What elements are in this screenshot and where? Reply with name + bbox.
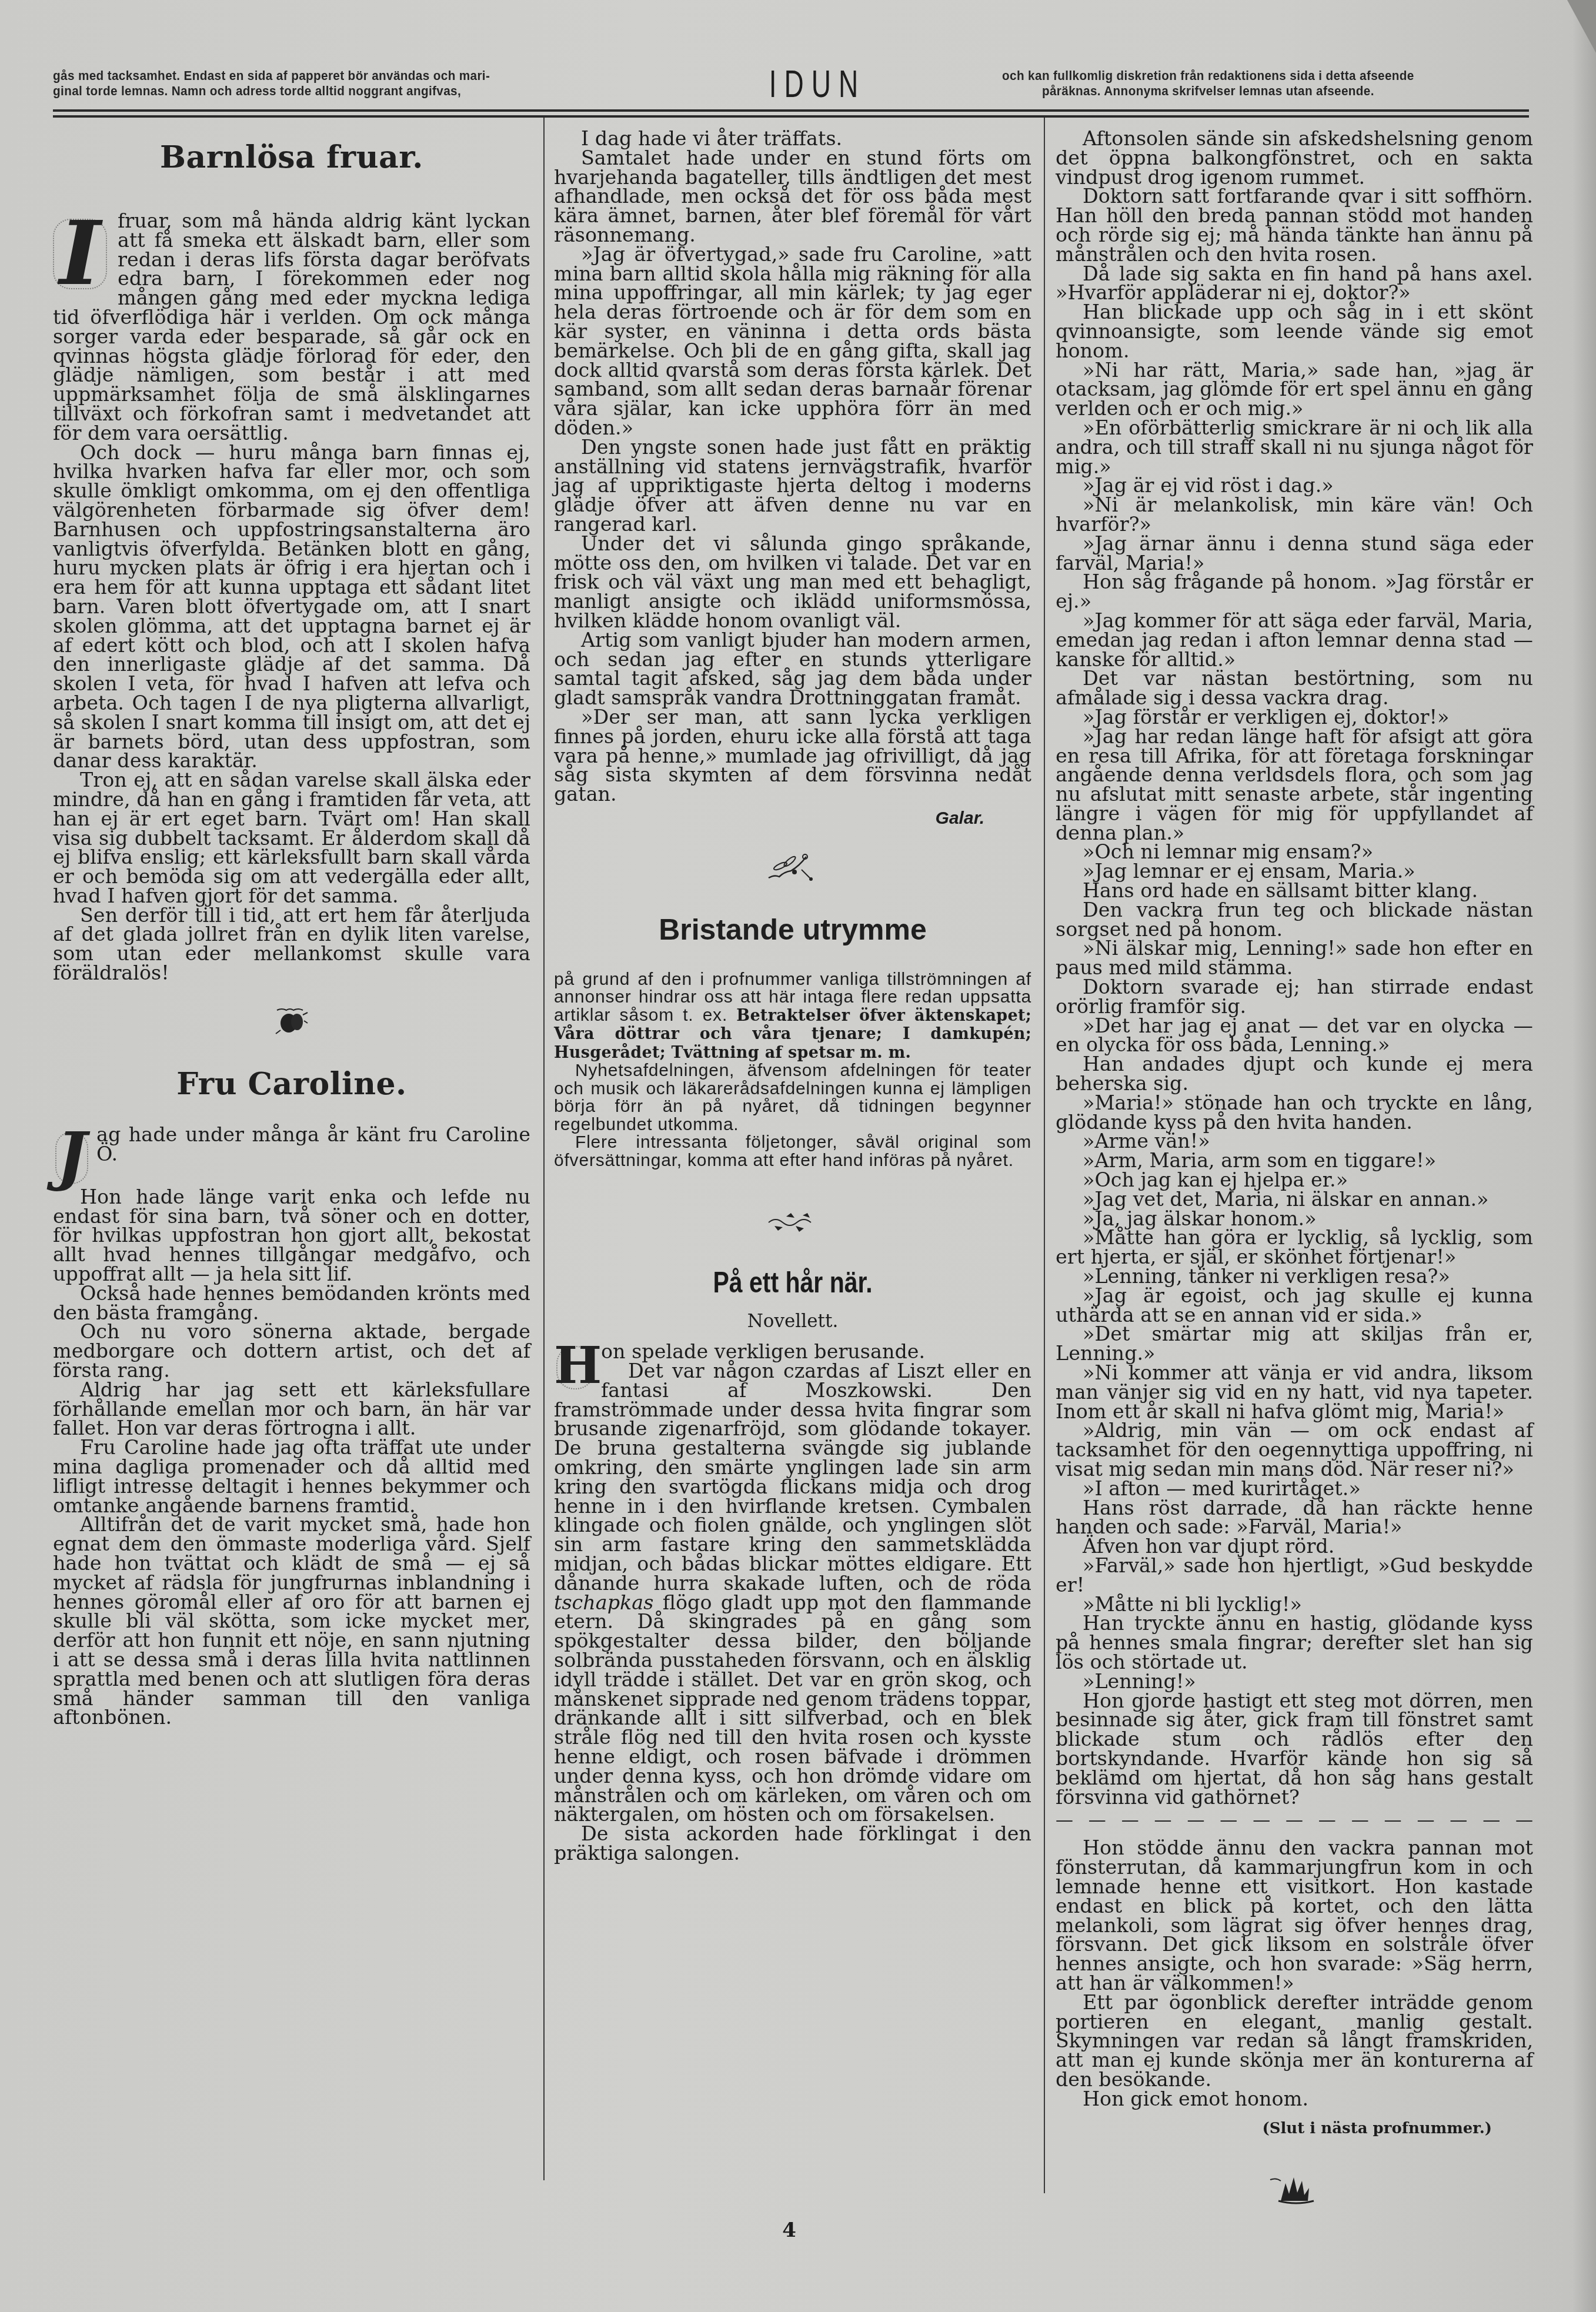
paragraph: Tron ej, att en sådan varelse skall älsk… bbox=[53, 771, 530, 906]
vine-ornament-icon bbox=[554, 1206, 1031, 1241]
paragraph: Sen derför till i tid, att ert hem får å… bbox=[53, 906, 530, 983]
paragraph: »Maria!» stönade han och tryckte en lång… bbox=[1056, 1094, 1533, 1132]
paragraph-text: fruar, som må hända aldrig känt lyckan a… bbox=[53, 209, 530, 445]
paragraph: »Lenning!» bbox=[1056, 1672, 1533, 1692]
ornate-initial-h-icon: H bbox=[554, 1342, 596, 1393]
column-1: Barnlösa fruar. I fruar, som må hända al… bbox=[53, 129, 530, 1728]
article-title-barnlosa-fruar: Barnlösa fruar. bbox=[53, 140, 530, 175]
paragraph: De sista ackorden hade förklingat i den … bbox=[554, 1825, 1031, 1863]
paragraph: Samtalet hade under en stund förts om hv… bbox=[554, 149, 1031, 245]
notice-paragraph: på grund af den i profnummer vanliga til… bbox=[554, 971, 1031, 1063]
paragraph: »Aldrig, min vän — om ock endast af tack… bbox=[1056, 1421, 1533, 1479]
story-first-line: H on spelade verkligen berusande. Det va… bbox=[554, 1342, 1031, 1825]
paragraph: Det var nästan bestörtning, som nu afmål… bbox=[1056, 669, 1533, 708]
paragraph: »Jag har redan länge haft för afsigt att… bbox=[1056, 727, 1533, 843]
paragraph: Aftonsolen sände sin afskedshelsning gen… bbox=[1056, 129, 1533, 187]
masthead-left-notice: gås med tacksamhet. Endast en sida af pa… bbox=[53, 68, 692, 99]
paragraph: Också hade hennes bemödanden krönts med … bbox=[53, 1284, 530, 1323]
leaf-ornament-icon bbox=[53, 1007, 530, 1043]
paragraph: »Jag är egoist, och jag skulle ej kunna … bbox=[1056, 1287, 1533, 1325]
paragraph: Artig som vanligt bjuder han modern arme… bbox=[554, 631, 1031, 708]
masthead-right-line-2: påräknas. Annonyma skrifvelser lemnas ut… bbox=[900, 83, 1517, 99]
paragraph: »Jag vet det, Maria, ni älskar en annan.… bbox=[1056, 1190, 1533, 1210]
paragraph: Alltifrån det de varit mycket små, hade … bbox=[53, 1515, 530, 1728]
paragraph: »En oförbätterlig smickrare är ni och li… bbox=[1056, 419, 1533, 476]
paragraph: »Ni är melankolisk, min käre vän! Och hv… bbox=[1056, 496, 1533, 534]
paragraph: Då lade sig sakta en fin hand på hans ax… bbox=[1056, 265, 1533, 303]
paragraph: »Lenning, tänker ni verkligen resa?» bbox=[1056, 1267, 1533, 1287]
paragraph: »Måtte han göra er lycklig, så lycklig, … bbox=[1056, 1228, 1533, 1267]
paragraph-text: ag hade under många år känt fru Caroline… bbox=[96, 1123, 530, 1165]
paragraph: »Ni har rätt, Maria,» sade han, »jag är … bbox=[1056, 361, 1533, 419]
paragraph: Under det vi sålunda gingo språkande, mö… bbox=[554, 534, 1031, 631]
paragraph: Han andades djupt och kunde ej mera behe… bbox=[1056, 1055, 1533, 1094]
header-rule-top bbox=[53, 109, 1529, 112]
paragraph: »Ni kommer att vänja er vid andra, likso… bbox=[1056, 1364, 1533, 1421]
section-separator-dashes: — — — — — — — — — — — — — — — bbox=[1056, 1810, 1533, 1830]
paragraph: Och dock — huru många barn finnas ej, hv… bbox=[53, 443, 530, 771]
page-number: 4 bbox=[777, 2219, 801, 2242]
paragraph: »Farväl,» sade hon hjertligt, »Gud besky… bbox=[1056, 1556, 1533, 1595]
paragraph: Han tryckte ännu en hastig, glödande kys… bbox=[1056, 1614, 1533, 1672]
paragraph-text: Det var någon czardas af Liszt eller en … bbox=[554, 1359, 1031, 1595]
paragraph: »Jag är öfvertygad,» sade fru Caroline, … bbox=[554, 245, 1031, 438]
notice-paragraph: Flere intressanta följetonger, såväl ori… bbox=[554, 1134, 1031, 1170]
paragraph: Den yngste sonen hade just fått en präkt… bbox=[554, 438, 1031, 534]
paragraph: »Der ser man, att sann lycka verkligen f… bbox=[554, 708, 1031, 804]
story-subtitle: Novellett. bbox=[554, 1311, 1031, 1332]
ornate-initial-i-icon: I bbox=[51, 215, 109, 293]
paragraph-text: flögo gladt upp mot den flammande etern.… bbox=[554, 1591, 1031, 1826]
paragraph: Hon hade länge varit enka och lefde nu e… bbox=[53, 1188, 530, 1284]
paragraph: Ett par ögonblick derefter inträdde geno… bbox=[1056, 1993, 1533, 2090]
notice-paragraph: Nyhetsafdelningen, äfvensom afdelningen … bbox=[554, 1062, 1031, 1134]
paragraph: Den vackra frun teg och blickade nästan … bbox=[1056, 901, 1533, 940]
paragraph: »Och jag kan ej hjelpa er.» bbox=[1056, 1171, 1533, 1190]
column-3: Aftonsolen sände sin afskedshelsning gen… bbox=[1056, 129, 1533, 2211]
to-be-continued-note: (Slut i nästa profnummer.) bbox=[1056, 2119, 1533, 2139]
paragraph: »Det har jag ej anat — det var en olycka… bbox=[1056, 1017, 1533, 1055]
page-edge-shadow bbox=[1572, 0, 1596, 2312]
paragraph: »I afton — med kurirtåget.» bbox=[1056, 1479, 1533, 1499]
story-title-pa-ett-har-nar: På ett hår när. bbox=[597, 1265, 989, 1300]
paragraph: »Jag förstår er verkligen ej, doktor!» bbox=[1056, 708, 1533, 727]
column-divider-1 bbox=[543, 118, 545, 2180]
paragraph: Hon gick emot honom. bbox=[1056, 2090, 1533, 2109]
paragraph: Hans röst darrade, då han räckte henne h… bbox=[1056, 1499, 1533, 1538]
column-divider-2 bbox=[1044, 118, 1045, 2193]
masthead-left-line-1: gås med tacksamhet. Endast en sida af pa… bbox=[53, 68, 692, 83]
paragraph: I dag hade vi åter träffats. bbox=[554, 129, 1031, 149]
masthead: gås med tacksamhet. Endast en sida af pa… bbox=[53, 66, 1529, 107]
paragraph: »Ni älskar mig, Lenning!» sade hon efter… bbox=[1056, 939, 1533, 978]
paragraph: Hon såg frågande på honom. »Jag förstår … bbox=[1056, 573, 1533, 612]
paragraph: Han blickade upp och såg in i ett skönt … bbox=[1056, 303, 1533, 360]
paragraph: Doktorn svarade ej; han stirrade endast … bbox=[1056, 978, 1533, 1017]
newspaper-title: IDUN bbox=[758, 62, 877, 106]
paragraph: Doktorn satt fortfarande qvar i sitt sof… bbox=[1056, 187, 1533, 264]
paragraph: Hon stödde ännu den vackra pannan mot fö… bbox=[1056, 1839, 1533, 1993]
author-signature: Galar. bbox=[554, 809, 1031, 828]
editorial-notice: på grund af den i profnummer vanliga til… bbox=[554, 971, 1031, 1170]
masthead-right-notice: och kan fullkomlig diskretion från redak… bbox=[900, 68, 1517, 99]
paragraph: Aldrig har jag sett ett kärleksfullare f… bbox=[53, 1381, 530, 1438]
paragraph: »Jag kommer för att säga eder farväl, Ma… bbox=[1056, 612, 1533, 669]
paragraph: Och nu voro sönerna aktade, bergade medb… bbox=[53, 1322, 530, 1380]
masthead-right-line-1: och kan fullkomlig diskretion från redak… bbox=[900, 68, 1517, 83]
olive-branch-ornament-icon bbox=[554, 852, 1031, 888]
paragraph: Fru Caroline hade jag ofta träffat ute u… bbox=[53, 1438, 530, 1515]
notice-title-bristande-utrymme: Bristande utrymme bbox=[554, 912, 1031, 947]
paragraph: Hans ord hade en sällsamt bitter klang. bbox=[1056, 881, 1533, 901]
header-rule-bottom bbox=[53, 115, 1529, 118]
lotus-ornament-icon bbox=[1056, 2175, 1533, 2211]
paragraph: »Jag ärnar ännu i denna stund säga eder … bbox=[1056, 534, 1533, 573]
column-2: I dag hade vi åter träffats. Samtalet ha… bbox=[554, 129, 1031, 1863]
masthead-left-line-2: ginal torde lemnas. Namn och adress tord… bbox=[53, 83, 692, 99]
paragraph: »Det smärtar mig att skiljas från er, Le… bbox=[1056, 1325, 1533, 1364]
ornate-initial-j-icon: J bbox=[53, 1128, 91, 1188]
article-title-fru-caroline: Fru Caroline. bbox=[53, 1067, 530, 1102]
paragraph: Hon gjorde hastigt ett steg mot dörren, … bbox=[1056, 1692, 1533, 1807]
article-first-paragraph: I fruar, som må hända aldrig känt lyckan… bbox=[53, 212, 530, 443]
article-first-paragraph: J ag hade under många år känt fru Caroli… bbox=[53, 1125, 530, 1164]
